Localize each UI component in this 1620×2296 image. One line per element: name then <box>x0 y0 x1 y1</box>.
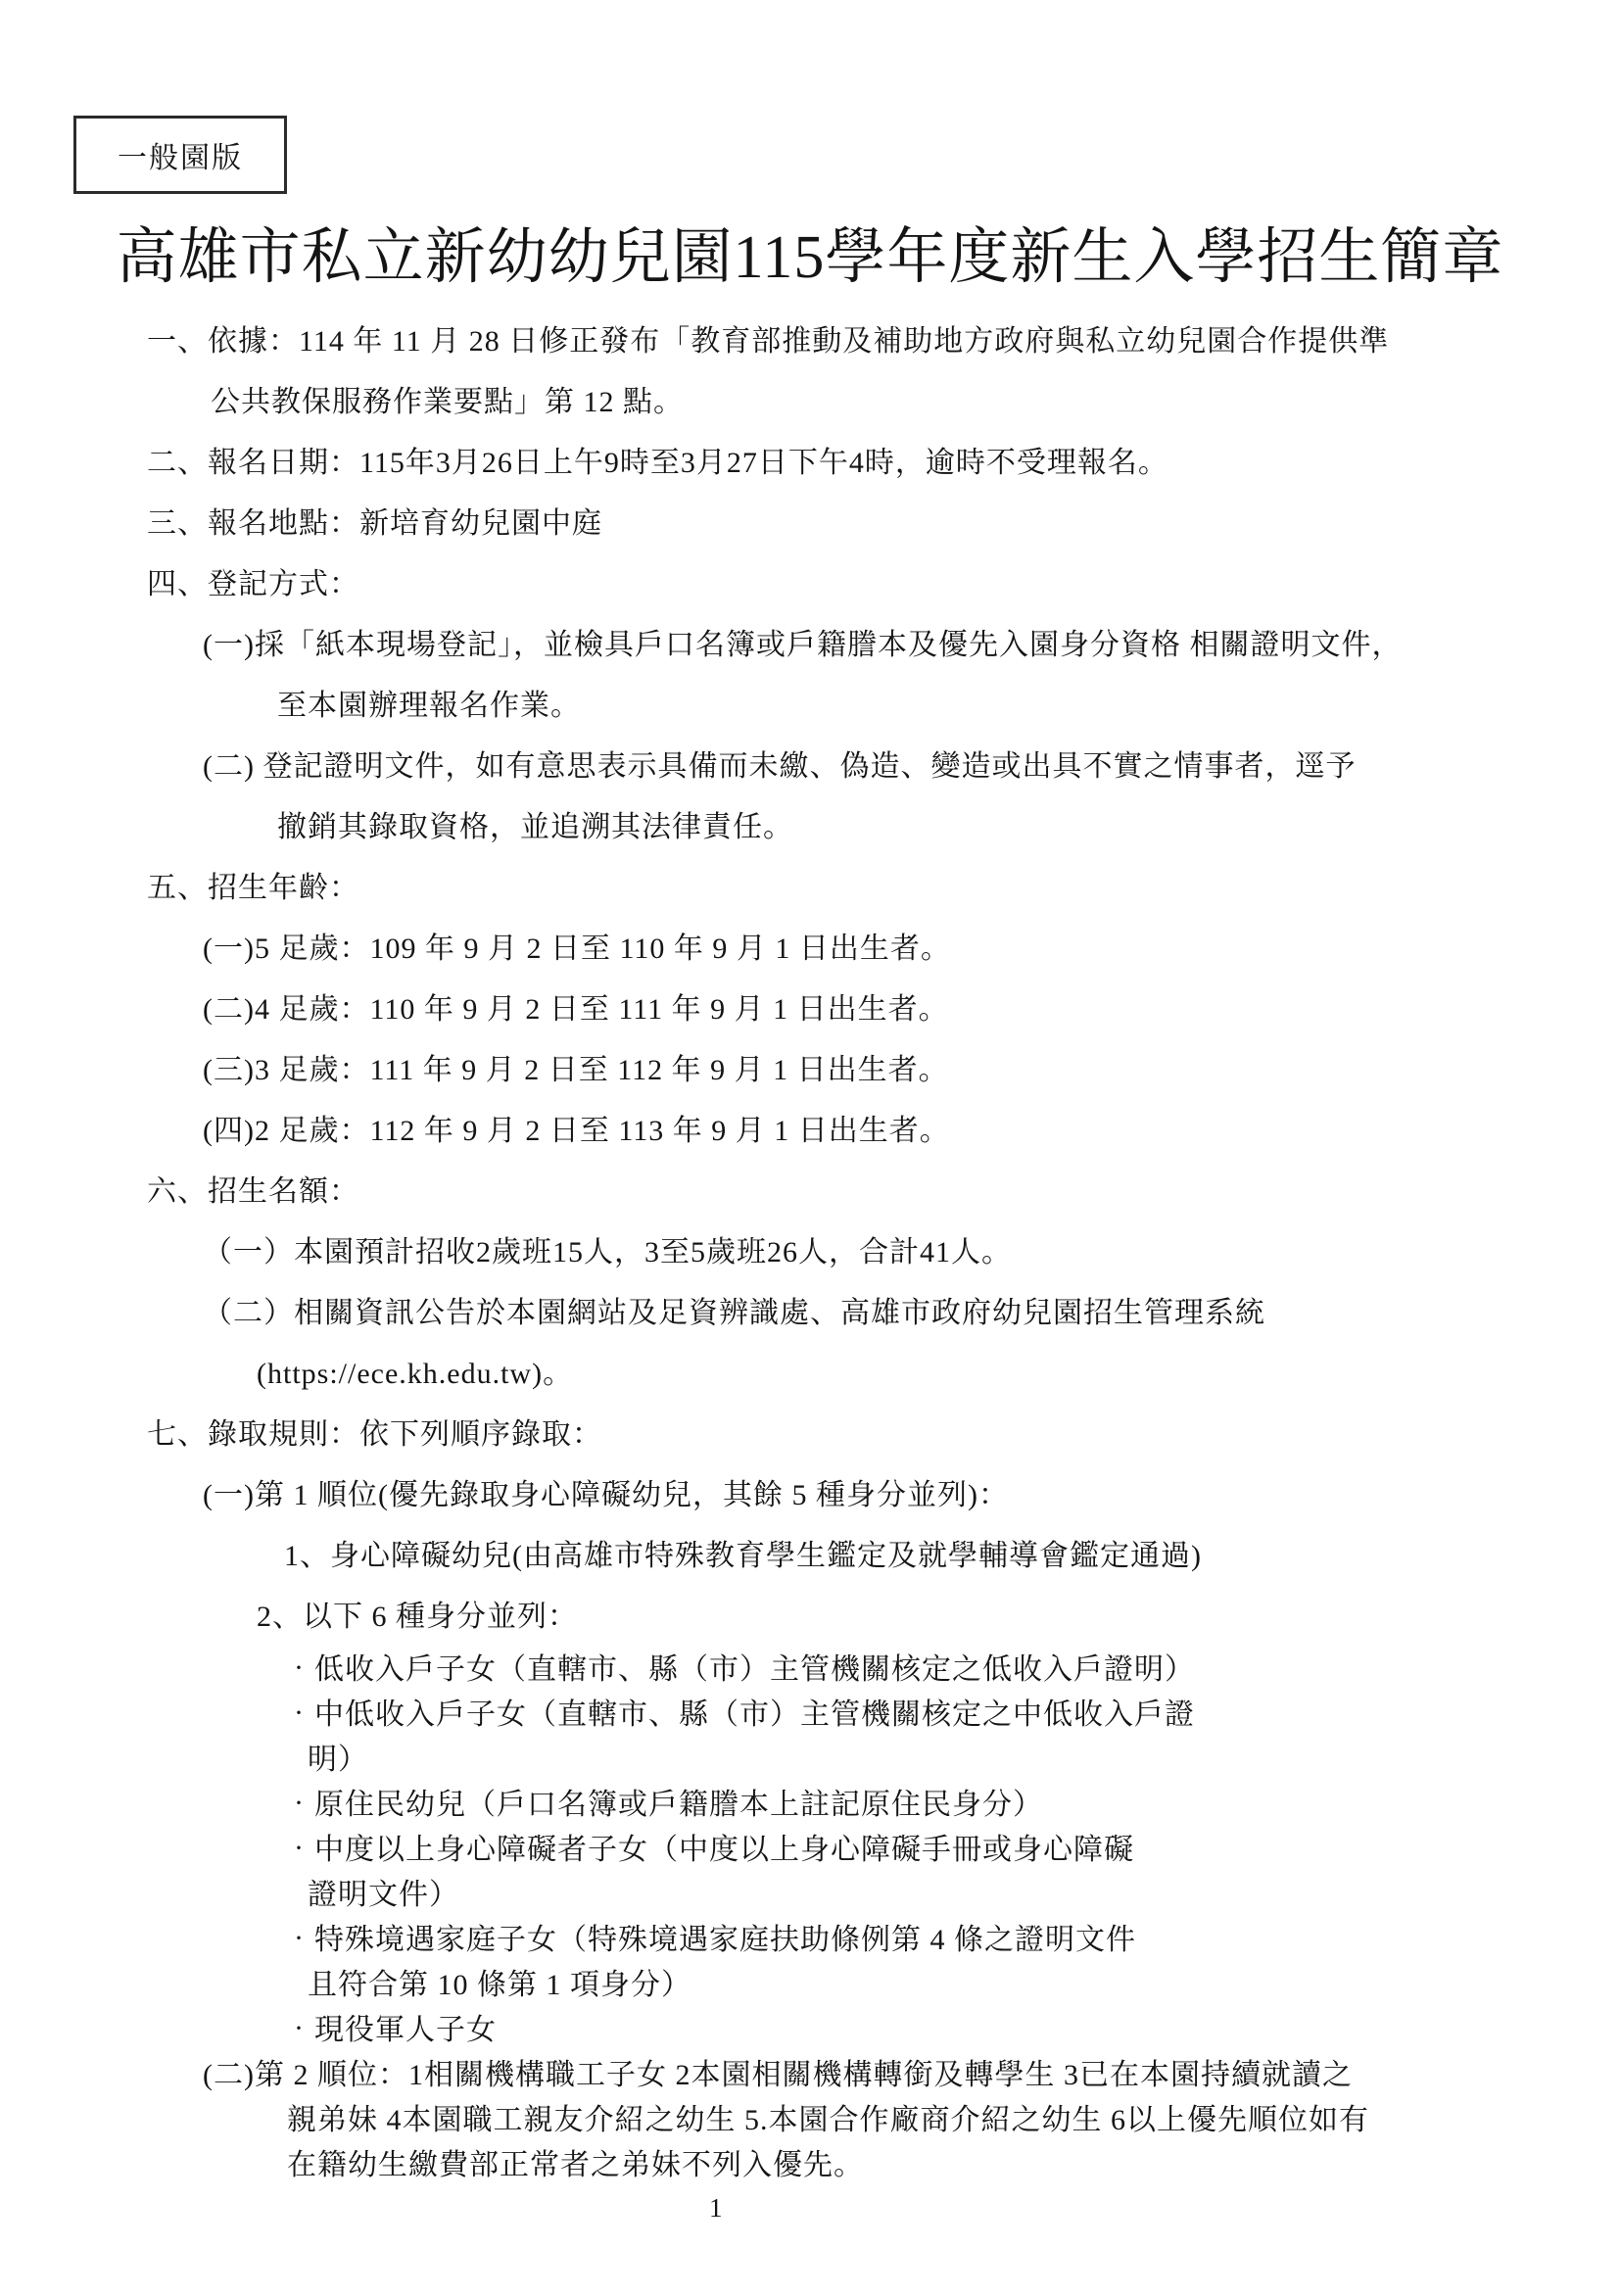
registration-date: 二、報名日期：115年3月26日上午9時至3月27日下午4時，逾時不受理報名。 <box>0 433 1620 494</box>
identity-bullet-indigenous: ‧原住民幼兒（戶口名簿或戶籍謄本上註記原住民身分） <box>0 1783 1620 1828</box>
method-heading: 四、登記方式： <box>0 554 1620 615</box>
method-item2-line1: (二) 登記證明文件，如有意思表示具備而未繳、偽造、變造或出具不實之情事者，逕予 <box>0 737 1620 797</box>
identity-bullet-special-family-2: 且符合第 10 條第 1 項身分） <box>0 1963 1620 2008</box>
quota-item1: （一）本園預計招收2歲班15人，3至5歲班26人，合計41人。 <box>0 1222 1620 1283</box>
method-item2-line2: 撤銷其錄取資格，並追溯其法律責任。 <box>0 797 1620 858</box>
priority1-item2: 2、以下 6 種身分並列： <box>0 1587 1620 1648</box>
identity-bullet-special-family-1: ‧特殊境遇家庭子女（特殊境遇家庭扶助條例第 4 條之證明文件 <box>0 1918 1620 1963</box>
identity-bullet-mid-low-income-1: ‧中低收入戶子女（直轄市、縣（市）主管機關核定之中低收入戶證 <box>0 1693 1620 1738</box>
document-body: 一、依據：114 年 11 月 28 日修正發布「教育部推動及補助地方政府與私立… <box>0 311 1620 2227</box>
priority2-line3: 在籍幼生繳費部正常者之弟妹不列入優先。 <box>0 2143 1620 2188</box>
version-badge-label: 一般園版 <box>118 133 243 176</box>
priority1-item1: 1、身心障礙幼兒(由高雄市特殊教育學生鑑定及就學輔導會鑑定通過) <box>0 1526 1620 1587</box>
document-page: 一般園版 高雄市私立新幼幼兒園115學年度新生入學招生簡章 一、依據：114 年… <box>0 0 1620 2296</box>
quota-item2-line1: （二）相關資訊公告於本園網站及足資辨識處、高雄市政府幼兒園招生管理系統 <box>0 1283 1620 1344</box>
rules-heading: 七、錄取規則：依下列順序錄取： <box>0 1405 1620 1465</box>
quota-item2-url: (https://ece.kh.edu.tw)。 <box>0 1344 1620 1405</box>
basis-line-2: 公共教保服務作業要點」第 12 點。 <box>0 372 1620 433</box>
priority1-heading: (一)第 1 順位(優先錄取身心障礙幼兒，其餘 5 種身分並列)： <box>0 1465 1620 1526</box>
identity-bullet-disabled-parent-2: 證明文件） <box>0 1873 1620 1918</box>
age-item-5yo: (一)5 足歲：109 年 9 月 2 日至 110 年 9 月 1 日出生者。 <box>0 919 1620 980</box>
quota-heading: 六、招生名額： <box>0 1162 1620 1222</box>
method-item1-line2: 至本園辦理報名作業。 <box>0 676 1620 737</box>
identity-bullet-mid-low-income-2: 明） <box>0 1738 1620 1783</box>
basis-line-1: 一、依據：114 年 11 月 28 日修正發布「教育部推動及補助地方政府與私立… <box>0 311 1620 372</box>
age-item-3yo: (三)3 足歲：111 年 9 月 2 日至 112 年 9 月 1 日出生者。 <box>0 1040 1620 1101</box>
age-heading: 五、招生年齡： <box>0 858 1620 919</box>
version-badge-box: 一般園版 <box>73 116 287 194</box>
identity-bullet-low-income: ‧低收入戶子女（直轄市、縣（市）主管機關核定之低收入戶證明） <box>0 1648 1620 1693</box>
priority2-line2: 親弟妹 4本園職工親友介紹之幼生 5.本園合作廠商介紹之幼生 6以上優先順位如有 <box>0 2098 1620 2143</box>
age-item-4yo: (二)4 足歲：110 年 9 月 2 日至 111 年 9 月 1 日出生者。 <box>0 980 1620 1040</box>
priority2-line1: (二)第 2 順位：1相關機構職工子女 2本園相關機構轉銜及轉學生 3已在本園持… <box>0 2053 1620 2098</box>
registration-place: 三、報名地點：新培育幼兒園中庭 <box>0 494 1620 554</box>
identity-bullet-military: ‧現役軍人子女 <box>0 2008 1620 2053</box>
page-number: 1 <box>0 2188 1620 2227</box>
document-title: 高雄市私立新幼幼兒園115學年度新生入學招生簡章 <box>0 208 1620 295</box>
age-item-2yo: (四)2 足歲：112 年 9 月 2 日至 113 年 9 月 1 日出生者。 <box>0 1101 1620 1162</box>
identity-bullet-disabled-parent-1: ‧中度以上身心障礙者子女（中度以上身心障礙手冊或身心障礙 <box>0 1828 1620 1873</box>
method-item1-line1: (一)採「紙本現場登記」，並檢具戶口名簿或戶籍謄本及優先入園身分資格 相關證明文… <box>0 615 1620 676</box>
